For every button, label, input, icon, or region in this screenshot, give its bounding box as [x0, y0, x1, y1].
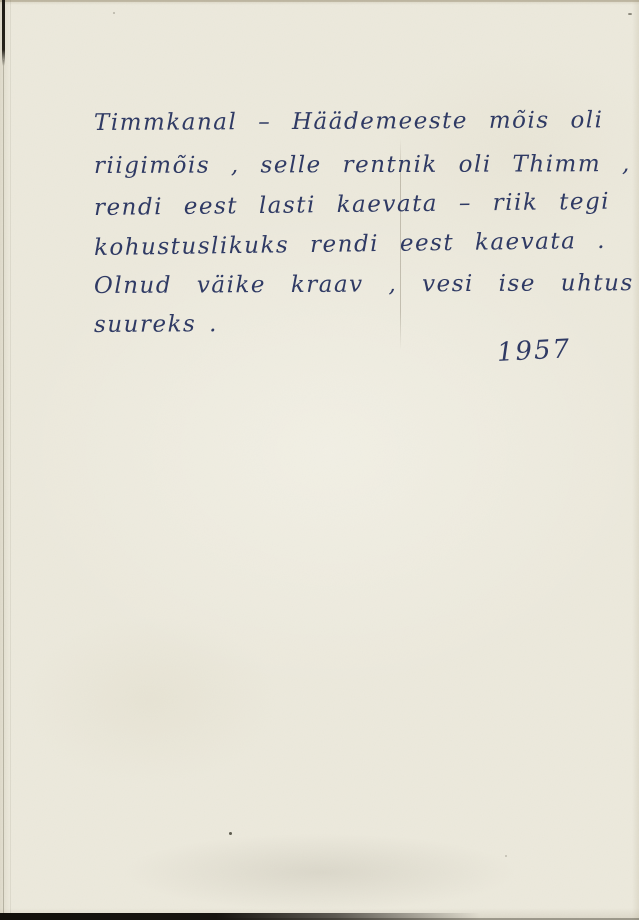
paper-speck [113, 12, 115, 14]
handwritten-line-6: suureks . [94, 308, 218, 342]
paper-speck [628, 13, 632, 15]
handwritten-date: 1957 [496, 333, 572, 370]
handwritten-line-2: riigimõis , selle rentnik oli Thimm , [94, 148, 631, 183]
scan-edge-top [0, 0, 639, 2]
scan-edge-left-dark [2, 0, 5, 66]
paper-speck [229, 832, 232, 835]
handwritten-line-5: Olnud väike kraav , vesi ise uhtus [94, 267, 634, 303]
paper-speck [505, 855, 507, 857]
scanned-page: Timmkanal – Häädemeeste mõis oli riigimõ… [0, 0, 639, 920]
handwritten-line-4: kohustuslikuks rendi eest kaevata . [94, 225, 606, 265]
scan-edge-bottom-dark [0, 913, 480, 920]
scan-edge-left-inner [10, 0, 11, 920]
handwritten-line-3: rendi eest lasti kaevata – riik tegi [94, 186, 610, 225]
scan-edge-left-faint [3, 60, 4, 920]
handwritten-line-1: Timmkanal – Häädemeeste mõis oli [94, 104, 604, 140]
